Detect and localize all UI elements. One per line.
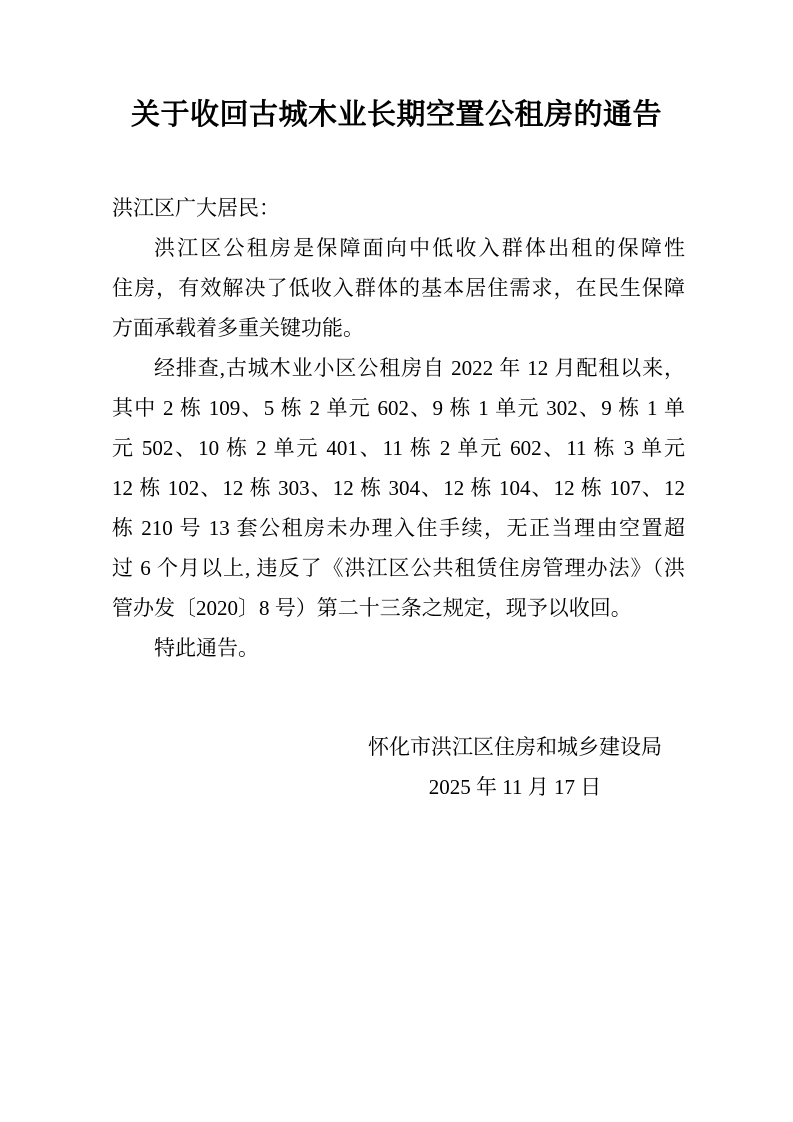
notice-page: 关于收回古城木业长期空置公租房的通告 洪江区广大居民：洪江区公租房是保障面向中低… [0,0,793,1122]
body-line: 元 502、10 栋 2 单元 401、11 栋 2 单元 602、11 栋 3… [112,428,685,468]
body-line: 洪江区公租房是保障面向中低收入群体出租的保障性 [112,228,685,268]
body-line: 洪江区广大居民： [112,188,685,228]
body-line: 其中 2 栋 109、5 栋 2 单元 602、9 栋 1 单元 302、9 栋… [112,388,685,428]
signature-block: 怀化市洪江区住房和城乡建设局 2025 年 11 月 17 日 [368,727,662,807]
issuer-name: 怀化市洪江区住房和城乡建设局 [368,727,662,767]
body-line: 住房，有效解决了低收入群体的基本居住需求，在民生保障 [112,268,685,308]
body-line: 12 栋 102、12 栋 303、12 栋 304、12 栋 104、12 栋… [112,468,685,508]
body-line: 过 6 个月以上, 违反了《洪江区公共租赁住房管理办法》（洪 [112,548,685,588]
body-line: 方面承载着多重关键功能。 [112,308,685,348]
body-line: 管办发〔2020〕8 号）第二十三条之规定，现予以收回。 [112,588,685,628]
notice-body: 洪江区广大居民：洪江区公租房是保障面向中低收入群体出租的保障性住房，有效解决了低… [112,188,685,668]
body-line: 特此通告。 [112,628,685,668]
notice-title: 关于收回古城木业长期空置公租房的通告 [10,96,783,134]
issue-date: 2025 年 11 月 17 日 [368,767,662,807]
body-line: 经排查,古城木业小区公租房自 2022 年 12 月配租以来， [112,348,685,388]
body-line: 栋 210 号 13 套公租房未办理入住手续，无正当理由空置超 [112,508,685,548]
